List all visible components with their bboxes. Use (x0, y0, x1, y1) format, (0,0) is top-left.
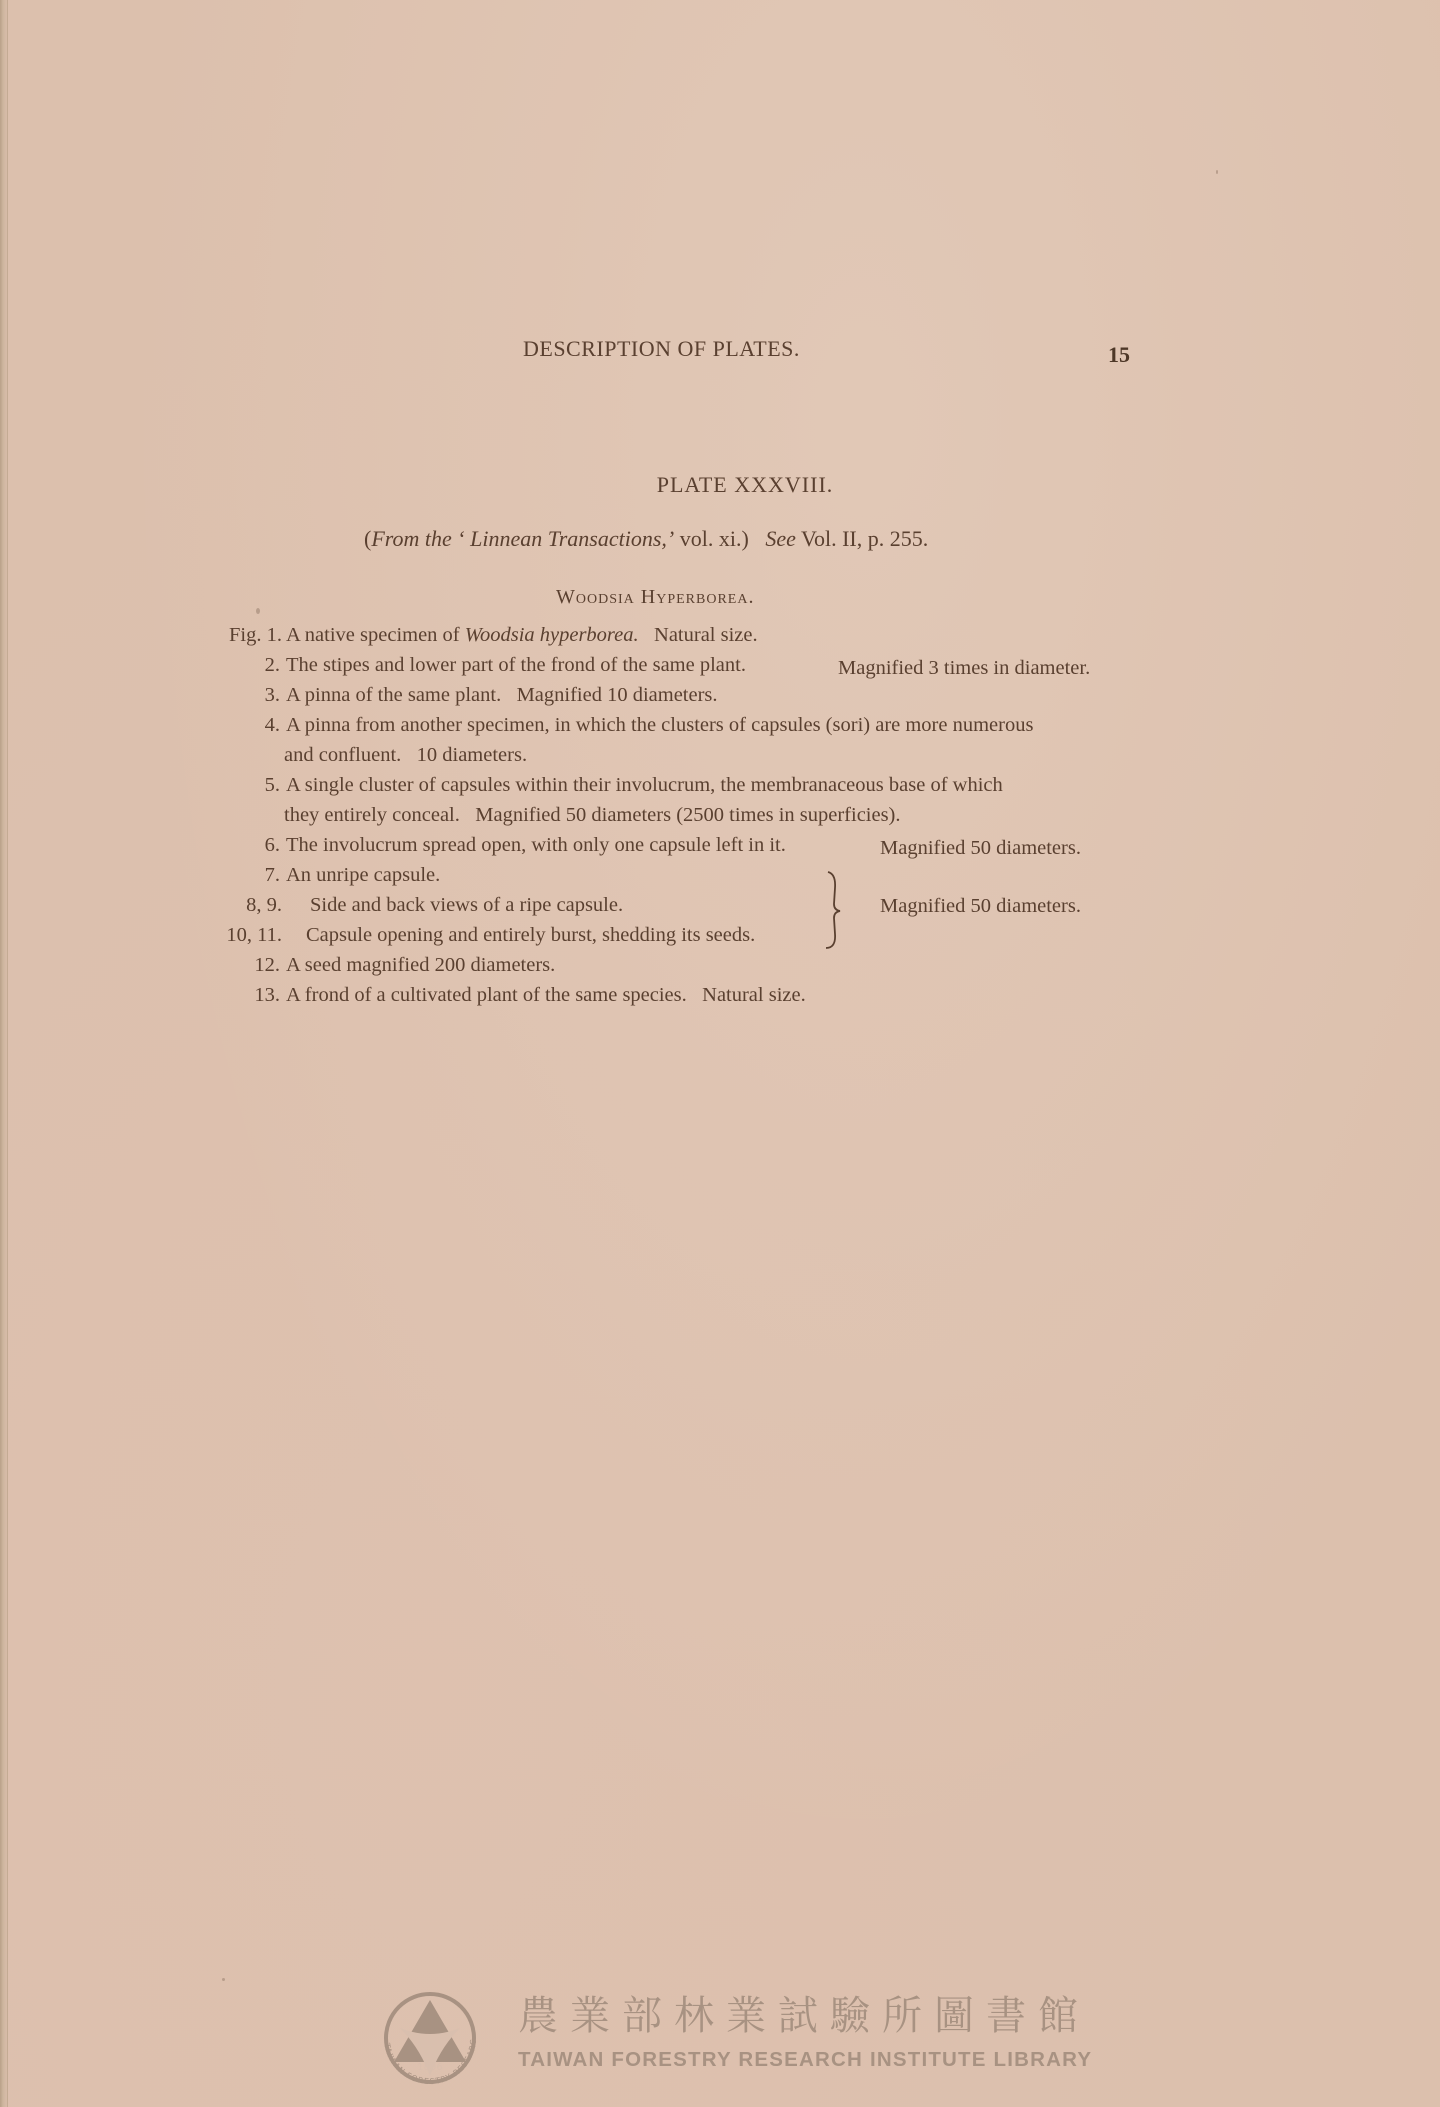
figure-species-italic: Woodsia hyperborea. (465, 624, 639, 646)
figure-magnification: Magnified 50 diameters. (880, 833, 1081, 863)
logo-year: 1896 (417, 2062, 442, 2073)
source-see: See (765, 526, 796, 551)
figure-item: 13. A frond of a cultivated plant of the… (214, 980, 1134, 1010)
figure-number: 10, 11. (206, 920, 282, 950)
source-line: (From the ‘ Linnean Transactions,’ vol. … (364, 526, 928, 552)
figure-text: A pinna from another specimen, in which … (286, 710, 1033, 740)
institute-logo-icon: 1896 TAIWAN FORESTRY RESEARCH INSTITUTE (370, 1978, 490, 2098)
grouped-magnification: Magnified 50 diameters. (880, 895, 1081, 918)
figure-number: 13. (214, 980, 280, 1010)
figure-number: Fig. 1. (206, 620, 282, 650)
figure-item: 4. A pinna from another specimen, in whi… (214, 710, 1134, 740)
paper-speck (1216, 170, 1218, 174)
figure-item: 7. An unripe capsule. (214, 860, 1134, 890)
figure-item: 2. The stipes and lower part of the fron… (214, 650, 1134, 680)
figure-item: 5. A single cluster of capsules within t… (214, 770, 1134, 800)
figure-text: A pinna of the same plant. Magnified 10 … (286, 680, 718, 710)
species-title: Woodsia Hyperborea. (556, 586, 754, 609)
figure-text-continuation: and confluent. 10 diameters. (284, 740, 527, 770)
figure-text-part: Natural size. (639, 624, 758, 646)
figure-item: 3. A pinna of the same plant. Magnified … (214, 680, 1134, 710)
figure-text: A seed magnified 200 diameters. (286, 950, 555, 980)
source-journal: ‘ Linnean Transactions,’ (457, 526, 674, 551)
figure-text: A single cluster of capsules within thei… (286, 770, 1003, 800)
page-number: 15 (1108, 342, 1130, 368)
figure-number: 12. (214, 950, 280, 980)
page-edge (0, 0, 8, 2107)
figure-number: 5. (214, 770, 280, 800)
figure-continuation: they entirely conceal. Magnified 50 diam… (214, 800, 1134, 830)
figure-number: 2. (214, 650, 280, 680)
curly-brace-icon (824, 870, 844, 950)
figure-text-part: A native specimen of (286, 624, 465, 646)
figure-text: Capsule opening and entirely burst, shed… (306, 920, 755, 950)
figure-number: 7. (214, 860, 280, 890)
figure-text: A frond of a cultivated plant of the sam… (286, 980, 806, 1010)
library-watermark: 1896 TAIWAN FORESTRY RESEARCH INSTITUTE … (370, 1978, 1090, 2098)
figure-item: 10, 11. Capsule opening and entirely bur… (214, 920, 1134, 950)
plate-title: PLATE XXXVIII. (0, 472, 1440, 498)
source-volume: vol. xi.) (674, 526, 749, 551)
figure-number: 6. (214, 830, 280, 860)
figure-number: 8, 9. (214, 890, 282, 920)
source-from-the: From the (371, 526, 451, 551)
figure-continuation: and confluent. 10 diameters. (214, 740, 1134, 770)
figure-item: Fig. 1. A native specimen of Woodsia hyp… (214, 620, 1134, 650)
figure-text: A native specimen of Woodsia hyperborea.… (286, 620, 758, 650)
library-name-english: TAIWAN FORESTRY RESEARCH INSTITUTE LIBRA… (518, 2048, 1092, 2072)
figure-text: The involucrum spread open, with only on… (286, 830, 786, 860)
figure-item: 12. A seed magnified 200 diameters. (214, 950, 1134, 980)
paper-speck (256, 608, 260, 614)
figure-text: Side and back views of a ripe capsule. (310, 890, 623, 920)
paper-speck (222, 1978, 225, 1981)
figure-number: 4. (214, 710, 280, 740)
figure-text-continuation: they entirely conceal. Magnified 50 diam… (284, 800, 901, 830)
figure-item: 6. The involucrum spread open, with only… (214, 830, 1134, 860)
running-head: DESCRIPTION OF PLATES. (523, 336, 800, 362)
figure-magnification: Magnified 3 times in diameter. (838, 653, 1090, 683)
figure-text: The stipes and lower part of the frond o… (286, 650, 746, 680)
figure-number: 3. (214, 680, 280, 710)
source-reference: Vol. II, p. 255. (796, 526, 928, 551)
figure-text: An unripe capsule. (286, 860, 440, 890)
library-name-chinese: 農業部林業試驗所圖書館 (518, 1984, 1090, 2041)
figure-list: Fig. 1. A native specimen of Woodsia hyp… (214, 620, 1134, 1010)
